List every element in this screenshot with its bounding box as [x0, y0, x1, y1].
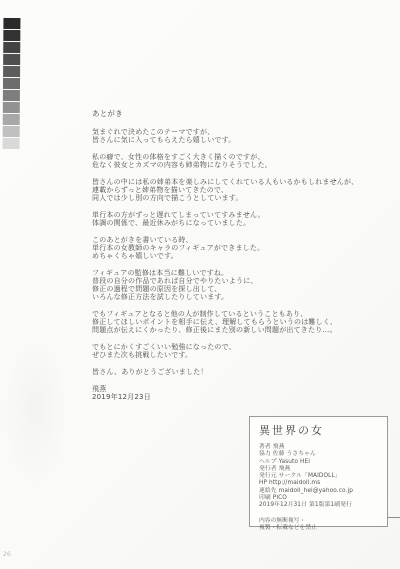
copyright-notice: 内容の無断複写・ 複製・転載などを禁止 [259, 518, 378, 533]
grayscale-block [3, 78, 20, 89]
grayscale-block [3, 90, 20, 101]
afterword-paragraph: 気まぐれで決めたこのテーマですが、 皆さんに気に入ってもらえたら嬉しいです。 [92, 128, 388, 144]
grayscale-block [3, 42, 20, 53]
afterword-thanks: 皆さん、ありがとうございました！ [92, 368, 388, 376]
afterword-paragraph: でもフィギュアとなると他の人が制作しているということもあり、 修正してほしいポイ… [92, 310, 388, 334]
afterword-paragraph: 単行本の方がずっと遅れてしまっていてすみません。 体調の関係で、最近休みがちにな… [92, 211, 388, 227]
afterword-paragraph: 私の癖で、女性の体格をすごく大きく描くのですが、 危なく彼女とカズマの内容も姉弟… [92, 153, 388, 169]
scanned-book-page: あとがき 気まぐれで決めたこのテーマですが、 皆さんに気に入ってもらえたら嬉しい… [0, 0, 400, 569]
afterword-paragraph: フィギュアの監修は本当に難しいですね。 普段の自分の作品であれば自分でやりたいよ… [92, 269, 388, 301]
signature-block: 飛燕 2019年12月23日 [92, 385, 388, 401]
grayscale-block [3, 66, 20, 77]
grayscale-block [3, 114, 20, 125]
page-number: 26 [3, 551, 11, 558]
afterword-date: 2019年12月23日 [92, 393, 388, 401]
grayscale-block [3, 126, 20, 137]
grayscale-strip [3, 18, 21, 149]
afterword-section: あとがき 気まぐれで決めたこのテーマですが、 皆さんに気に入ってもらえたら嬉しい… [92, 110, 388, 401]
colophon-homepage: HP http://maidoll.ms [259, 480, 378, 487]
grayscale-block [3, 54, 20, 65]
grayscale-block [3, 18, 20, 29]
colophon-help: ヘルプ Yasuto HEI [259, 459, 378, 466]
copyright-notice-line: 複製・転載などを禁止 [259, 525, 378, 532]
colophon-contact: 連絡先 maidoll_hei@yahoo.co.jp [259, 488, 378, 495]
copyright-notice-line: 内容の無断複写・ [259, 518, 378, 525]
colophon-box: 異世界の女 著者 飛燕 協力 佐藤 うさちゃん ヘルプ Yasuto HEI 発… [249, 416, 388, 527]
scan-edge-line [387, 517, 400, 518]
colophon-cooperation: 協力 佐藤 うさちゃん [259, 451, 378, 458]
afterword-paragraph: でもとにかくすごくいい勉強になったので、 ぜひまた次も挑戦したいです。 [92, 343, 388, 359]
colophon-circle: 発行元 サークル「MAIDOLL」 [259, 473, 378, 480]
book-title: 異世界の女 [259, 422, 378, 438]
grayscale-block [3, 138, 20, 149]
grayscale-block [3, 30, 20, 41]
afterword-paragraph: 皆さんの中には私の姉弟本を楽しみにしてくれている人もいるかもしれませんが、 連載… [92, 178, 388, 202]
author-signature: 飛燕 [92, 385, 388, 393]
colophon-edition: 2019年12月31日 第1版第1刷発行 [259, 502, 378, 509]
grayscale-block [3, 102, 20, 113]
scan-smudge [0, 330, 70, 490]
afterword-heading: あとがき [92, 110, 388, 118]
colophon-credits: 著者 飛燕 協力 佐藤 うさちゃん ヘルプ Yasuto HEI 発行者 飛燕 … [259, 444, 378, 510]
afterword-paragraph: このあとがきを書いている時、 単行本の女教師のキャラのフィギュアができました。 … [92, 236, 388, 260]
